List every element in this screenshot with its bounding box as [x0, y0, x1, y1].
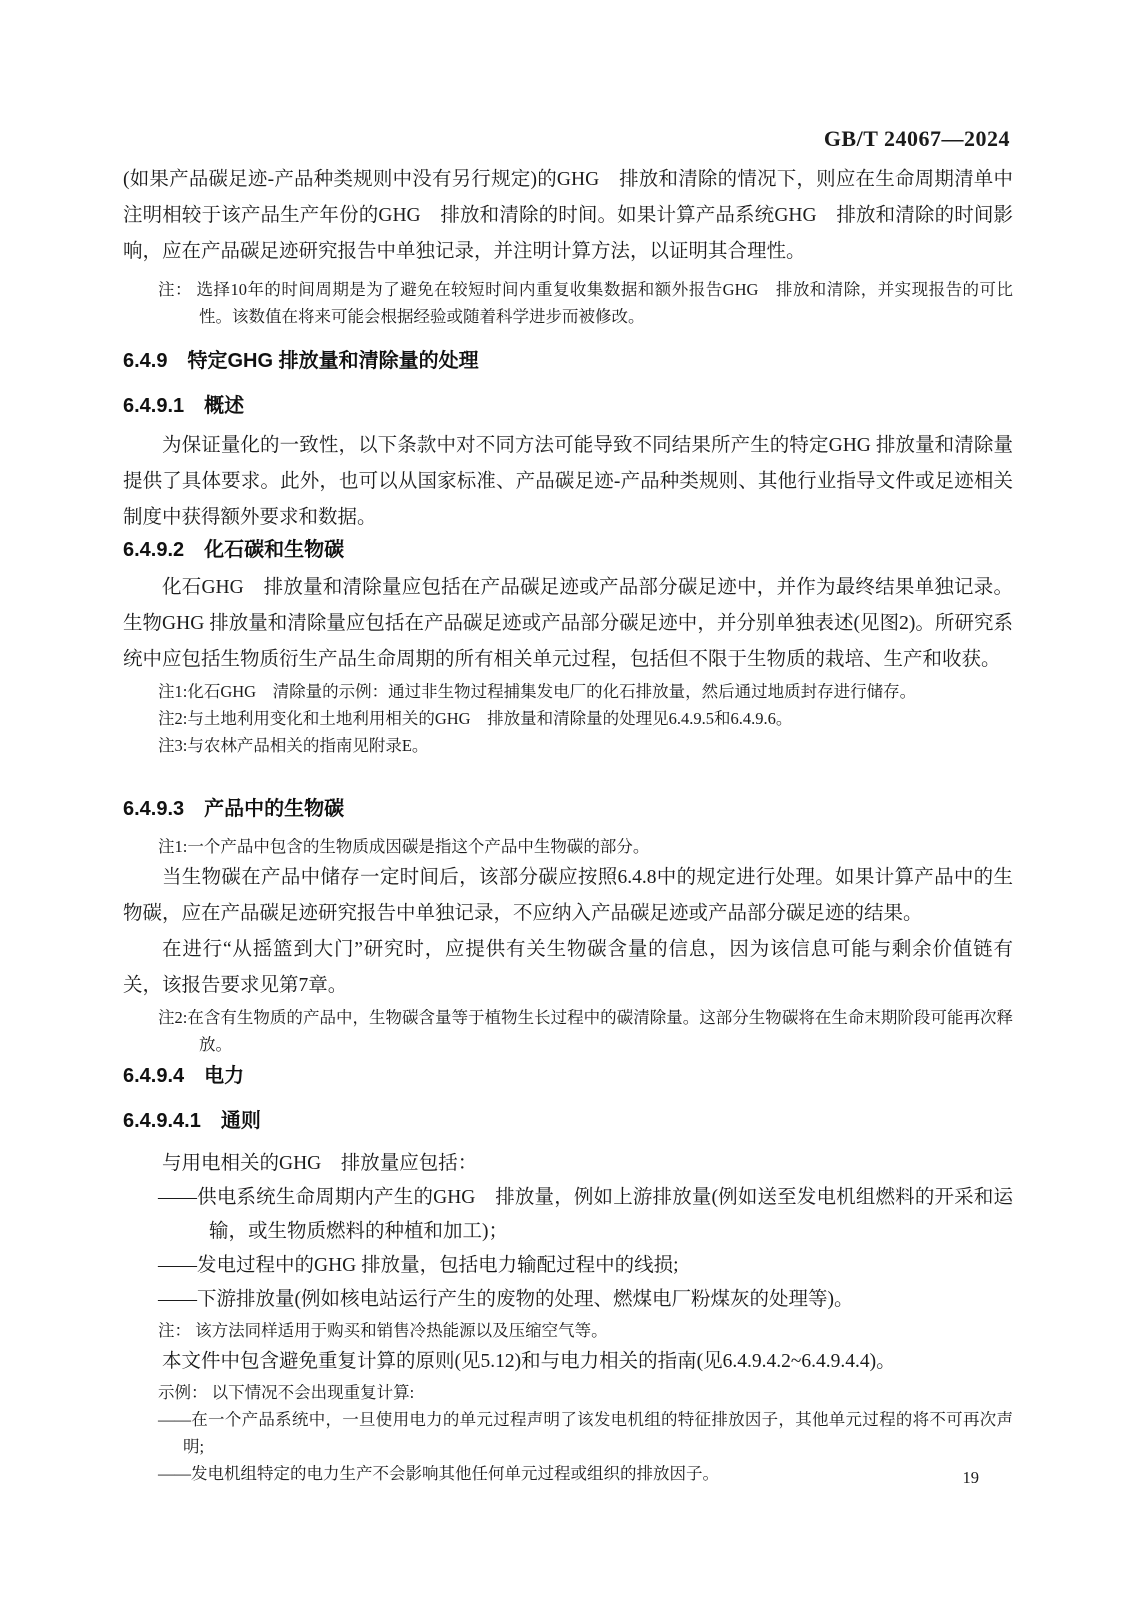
- paragraph-6491: 为保证量化的一致性，以下条款中对不同方法可能导致不同结果所产生的特定GHG 排放…: [123, 428, 1013, 536]
- document-page: GB/T 24067—2024 (如果产品碳足迹-产品种类规则中没有另行规定)的…: [0, 0, 1131, 1600]
- intro-note: 注： 选择10年的时间周期是为了避免在较短时间内重复收集数据和额外报告GHG 排…: [123, 276, 1013, 330]
- heading-6493-number: 6.4.9.3: [123, 798, 184, 820]
- example-item-2: ——发电机组特定的电力生产不会影响其他任何单元过程或组织的排放因子。: [123, 1460, 1013, 1487]
- section-6492: 6.4.9.2化石碳和生物碳 化石GHG 排放量和清除量应包括在产品碳足迹或产品…: [123, 536, 1013, 759]
- list-item-electricity-1: ——供电系统生命周期内产生的GHG 排放量，例如上游排放量(例如送至发电机组燃料…: [123, 1181, 1013, 1249]
- intro-paragraph: (如果产品碳足迹-产品种类规则中没有另行规定)的GHG 排放和清除的情况下，则应…: [123, 162, 1013, 270]
- paragraph-6493-1: 当生物碳在产品中储存一定时间后，该部分碳应按照6.4.8中的规定进行处理。如果计…: [123, 860, 1013, 932]
- section-64941: 6.4.9.4.1通则 与用电相关的GHG 排放量应包括： ——供电系统生命周期…: [123, 1107, 1013, 1487]
- heading-6492-title: 化石碳和生物碳: [204, 539, 344, 561]
- heading-64941-title: 通则: [221, 1110, 261, 1132]
- heading-649-title: 特定GHG 排放量和清除量的处理: [187, 350, 478, 372]
- note-6493-2: 注2:在含有生物质的产品中，生物碳含量等于植物生长过程中的碳清除量。这部分生物碳…: [123, 1004, 1013, 1058]
- paragraph-6492: 化石GHG 排放量和清除量应包括在产品碳足迹或产品部分碳足迹中，并作为最终结果单…: [123, 570, 1013, 678]
- paragraph-64941: 本文件中包含避免重复计算的原则(见5.12)和与电力相关的指南(见6.4.9.4…: [123, 1344, 1013, 1379]
- page-number: 19: [963, 1468, 980, 1488]
- note-6492-3: 注3:与农林产品相关的指南见附录E。: [123, 732, 1013, 759]
- list-item-electricity-2: ——发电过程中的GHG 排放量，包括电力输配过程中的线损;: [123, 1249, 1013, 1283]
- heading-6491-title: 概述: [204, 395, 244, 417]
- section-6491: 6.4.9.1概述 为保证量化的一致性，以下条款中对不同方法可能导致不同结果所产…: [123, 392, 1013, 536]
- section-6493: 6.4.9.3产品中的生物碳 注1:一个产品中包含的生物质成因碳是指这个产品中生…: [123, 795, 1013, 1058]
- heading-6493: 6.4.9.3产品中的生物碳: [123, 795, 1013, 823]
- heading-6491-number: 6.4.9.1: [123, 395, 184, 417]
- heading-6491: 6.4.9.1概述: [123, 392, 1013, 420]
- note-6492-1: 注1:化石GHG 清除量的示例：通过非生物过程捕集发电厂的化石排放量，然后通过地…: [123, 678, 1013, 705]
- heading-64941-number: 6.4.9.4.1: [123, 1110, 201, 1132]
- heading-6492: 6.4.9.2化石碳和生物碳: [123, 536, 1013, 564]
- example-item-1: ——在一个产品系统中，一旦使用电力的单元过程声明了该发电机组的特征排放因子，其他…: [123, 1406, 1013, 1460]
- note-6493-1: 注1:一个产品中包含的生物质成因碳是指这个产品中生物碳的部分。: [123, 833, 1013, 860]
- heading-6492-number: 6.4.9.2: [123, 539, 184, 561]
- heading-64941: 6.4.9.4.1通则: [123, 1107, 1013, 1135]
- note-6492-2: 注2:与土地利用变化和土地利用相关的GHG 排放量和清除量的处理见6.4.9.5…: [123, 705, 1013, 732]
- section-649: 6.4.9特定GHG 排放量和清除量的处理: [123, 347, 1013, 375]
- note-64941: 注： 该方法同样适用于购买和销售冷热能源以及压缩空气等。: [123, 1317, 1013, 1344]
- section-intro: (如果产品碳足迹-产品种类规则中没有另行规定)的GHG 排放和清除的情况下，则应…: [123, 162, 1013, 330]
- heading-6494-title: 电力: [204, 1065, 244, 1087]
- section-6494: 6.4.9.4电力: [123, 1062, 1013, 1090]
- heading-649-number: 6.4.9: [123, 350, 167, 372]
- heading-6493-title: 产品中的生物碳: [204, 798, 344, 820]
- paragraph-6493-2: 在进行“从摇篮到大门”研究时，应提供有关生物碳含量的信息，因为该信息可能与剩余价…: [123, 932, 1013, 1004]
- list-item-electricity-3: ——下游排放量(例如核电站运行产生的废物的处理、燃煤电厂粉煤灰的处理等)。: [123, 1283, 1013, 1317]
- paragraph-64941-lead: 与用电相关的GHG 排放量应包括：: [123, 1147, 1013, 1181]
- heading-6494-number: 6.4.9.4: [123, 1065, 184, 1087]
- example-label-64941: 示例： 以下情况不会出现重复计算:: [123, 1379, 1013, 1406]
- heading-6494: 6.4.9.4电力: [123, 1062, 1013, 1090]
- document-code: GB/T 24067—2024: [824, 126, 1010, 152]
- heading-649: 6.4.9特定GHG 排放量和清除量的处理: [123, 347, 1013, 375]
